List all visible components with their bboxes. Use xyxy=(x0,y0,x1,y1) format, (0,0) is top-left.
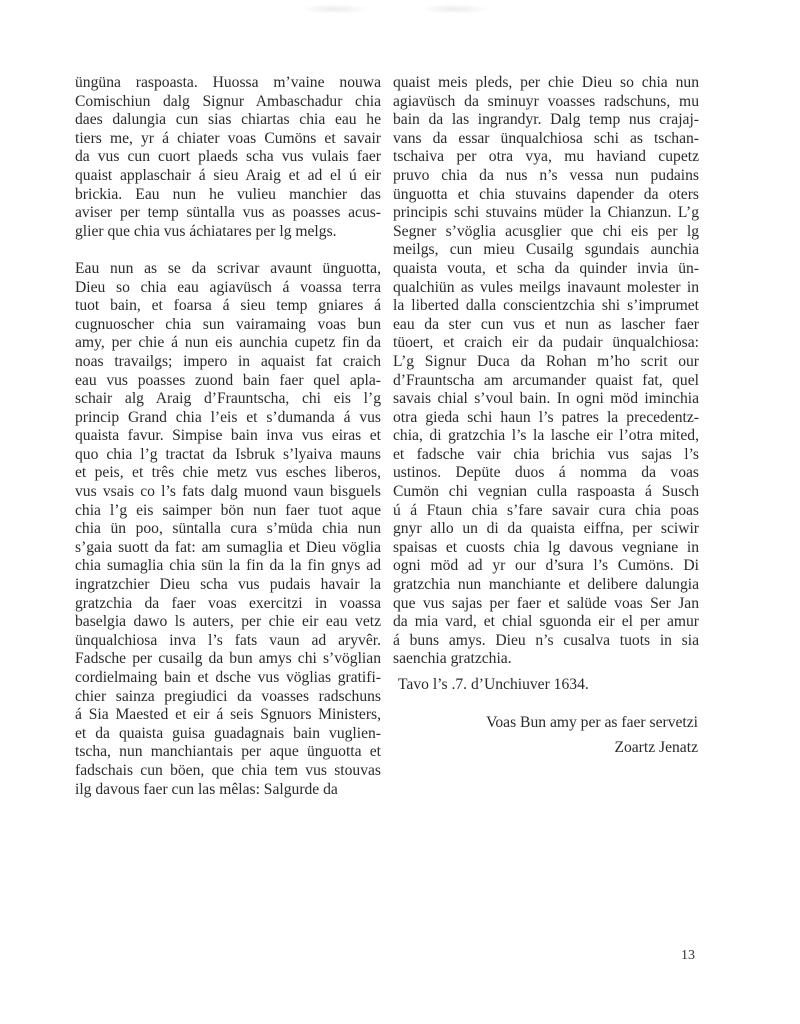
dateline: Tavo l’s .7. d’Unchiuver 1634. xyxy=(398,676,589,694)
text-line: tuot bain, et foarsa á sieu temp gniares… xyxy=(75,297,381,316)
text-line: gnyr allo un di da quaista eiffna, per s… xyxy=(393,520,699,539)
text-line: schair alg Araig d’Frauntscha, chi eis l… xyxy=(75,390,381,409)
paragraph-gap xyxy=(75,241,381,260)
text-line: baselgia dawo ls auters, per chie eir ea… xyxy=(75,613,381,632)
text-line: chia ün poo, süntalla cura s’müda chia n… xyxy=(75,520,381,539)
text-line: que vus sajas per faer et salüde voas Se… xyxy=(393,595,699,614)
paragraph: üngüna raspoasta. Huossa m’vaine nouwaCo… xyxy=(75,74,381,241)
text-line: princip Grand chia l’eis et s’dumanda á … xyxy=(75,409,381,428)
text-line: quaista favur. Simpise bain inva vus eir… xyxy=(75,427,381,446)
text-line: chia l’g eis saimper bön nun faer tuot a… xyxy=(75,502,381,521)
text-line: gratzchia da faer voas exercitzi in voas… xyxy=(75,595,381,614)
text-line: saenchia gratzchia. xyxy=(393,650,699,669)
text-line: vus vsais co l’s fats dalg muond vaun bi… xyxy=(75,483,381,502)
text-line: da mia vard, et chial sguonda eir el per… xyxy=(393,613,699,632)
text-line: Eau nun as se da scrivar avaunt ünguotta… xyxy=(75,260,381,279)
text-line: eau vus poasses zuond bain faer quel apl… xyxy=(75,372,381,391)
text-line: ogni möd ad yr our d’sura l’s Cumöns. Di xyxy=(393,557,699,576)
text-line: noas travailgs; impero in aquaist fat cr… xyxy=(75,353,381,372)
text-line: s’gaia suott da fat: am sumaglia et Dieu… xyxy=(75,539,381,558)
text-line: quaist applaschair á sieu Araig et ad el… xyxy=(75,167,381,186)
text-line: gratzchia nun manchiante et delibere dal… xyxy=(393,576,699,595)
signature: Zoartz Jenatz xyxy=(486,735,698,760)
text-line: principis schi stuvains müder la Chianzu… xyxy=(393,204,699,223)
text-line: cordielmaing bain et dsche vus vöglias g… xyxy=(75,669,381,688)
text-line: vans da essar ünqualchiosa schi as tscha… xyxy=(393,130,699,149)
text-line: glier que chia vus áchiatares per lg mel… xyxy=(75,223,381,242)
text-line: tscha, nun manchiantais per aque ünguott… xyxy=(75,743,381,762)
salutation: Voas Bun amy per as faer servetzi xyxy=(486,710,698,735)
letter-closing: Voas Bun amy per as faer servetzi Zoartz… xyxy=(486,710,698,760)
text-line: brickia. Eau nun he vulieu manchier das xyxy=(75,186,381,205)
text-line: ustinos. Depüte duos á nomma da voas xyxy=(393,464,699,483)
text-line: amy, per chie á nun eis aunchia cupetz f… xyxy=(75,334,381,353)
text-line: Dieu so chia eau agiavüsch á voassa terr… xyxy=(75,279,381,298)
text-line: Comischiun dalg Signur Ambaschadur chia xyxy=(75,93,381,112)
text-line: aviser per temp süntalla vus as poasses … xyxy=(75,204,381,223)
left-column: üngüna raspoasta. Huossa m’vaine nouwaCo… xyxy=(75,74,381,799)
text-line: agiavüsch da sminuyr voasses radschuns, … xyxy=(393,93,699,112)
text-line: Cumön chi vegnian culla raspoasta á Susc… xyxy=(393,483,699,502)
text-line: cugnuoscher chia sun vairamaing voas bun xyxy=(75,316,381,335)
text-line: tschaiva per otra vya, mu haviand cupetz xyxy=(393,148,699,167)
text-line: Fadsche per cusailg da bun amys chi s’vö… xyxy=(75,650,381,669)
paragraph: quaist meis pleds, per chie Dieu so chia… xyxy=(393,74,699,669)
text-line: L’g Signur Duca da Rohan m’ho scrit our xyxy=(393,353,699,372)
text-line: chia, di gratzchia l’s la lasche eir l’o… xyxy=(393,427,699,446)
document-page: üngüna raspoasta. Huossa m’vaine nouwaCo… xyxy=(0,0,800,1024)
text-line: quo chia l’g tractat da Isbruk s’lyaiva … xyxy=(75,446,381,465)
right-column: quaist meis pleds, per chie Dieu so chia… xyxy=(393,74,699,669)
text-line: da vus cun cuort plaeds scha vus vulais … xyxy=(75,148,381,167)
text-line: d’Frauntscha am arcumander quaist fat, q… xyxy=(393,372,699,391)
text-line: meilgs, cun mieu Cusailg sgundais aunchi… xyxy=(393,241,699,260)
text-line: qualchiün as vules meilgs inavaunt moles… xyxy=(393,279,699,298)
text-line: otra gieda schi haun l’s patres la prece… xyxy=(393,409,699,428)
text-line: ünguotta et chia stuvains dapender da ot… xyxy=(393,186,699,205)
text-line: la liberted dalla conscientzchia shi s’i… xyxy=(393,297,699,316)
text-line: ingratzchier Dieu scha vus pudais havair… xyxy=(75,576,381,595)
text-line: ünqualchiosa inva l’s fats vaun ad aryvê… xyxy=(75,632,381,651)
page-number: 13 xyxy=(681,948,695,964)
text-line: spaisas et cuosts chia lg davous vegnian… xyxy=(393,539,699,558)
text-line: daes dalungia cun sias chiartas chia eau… xyxy=(75,111,381,130)
text-line: á buns amys. Dieu n’s cusalva tuots in s… xyxy=(393,632,699,651)
text-line: et fadsche vair chia brichia vus sajas l… xyxy=(393,446,699,465)
paragraph: Eau nun as se da scrivar avaunt ünguotta… xyxy=(75,260,381,799)
scan-artifact xyxy=(300,4,370,14)
text-line: ú á Ftaun chia s’fare savair cura chia p… xyxy=(393,502,699,521)
text-line: tiers me, yr á chiater voas Cumöns et sa… xyxy=(75,130,381,149)
text-line: tüoert, et craich eir da pudair ünqualch… xyxy=(393,334,699,353)
text-line: chier sainza pregiudici da voasses radsc… xyxy=(75,688,381,707)
text-line: Segner s’vöglia acusglier que chi eis pe… xyxy=(393,223,699,242)
text-line: á Sia Maested et eir á seis Sgnuors Mini… xyxy=(75,706,381,725)
text-line: bain da las ingrandyr. Dalg temp nus cra… xyxy=(393,111,699,130)
text-line: eau da ster cun vus et nun as lascher fa… xyxy=(393,316,699,335)
text-line: fadschais cun böen, que chia tem vus sto… xyxy=(75,762,381,781)
text-line: chia sumaglia chia sün la fin da la fin … xyxy=(75,557,381,576)
text-line: savais chial s’voul bain. In ogni möd im… xyxy=(393,390,699,409)
text-line: et da quaista guisa guadagnais bain vugl… xyxy=(75,725,381,744)
text-line: et peis, et três chie metz vus esches li… xyxy=(75,464,381,483)
text-line: ilg davous faer cun las mêlas: Salgurde … xyxy=(75,781,381,800)
scan-artifact xyxy=(420,4,490,14)
text-line: quaist meis pleds, per chie Dieu so chia… xyxy=(393,74,699,93)
text-line: quaista vouta, et scha da quinder invia … xyxy=(393,260,699,279)
text-line: pruvo chia da nus n’s vessa nun pudains xyxy=(393,167,699,186)
text-line: üngüna raspoasta. Huossa m’vaine nouwa xyxy=(75,74,381,93)
